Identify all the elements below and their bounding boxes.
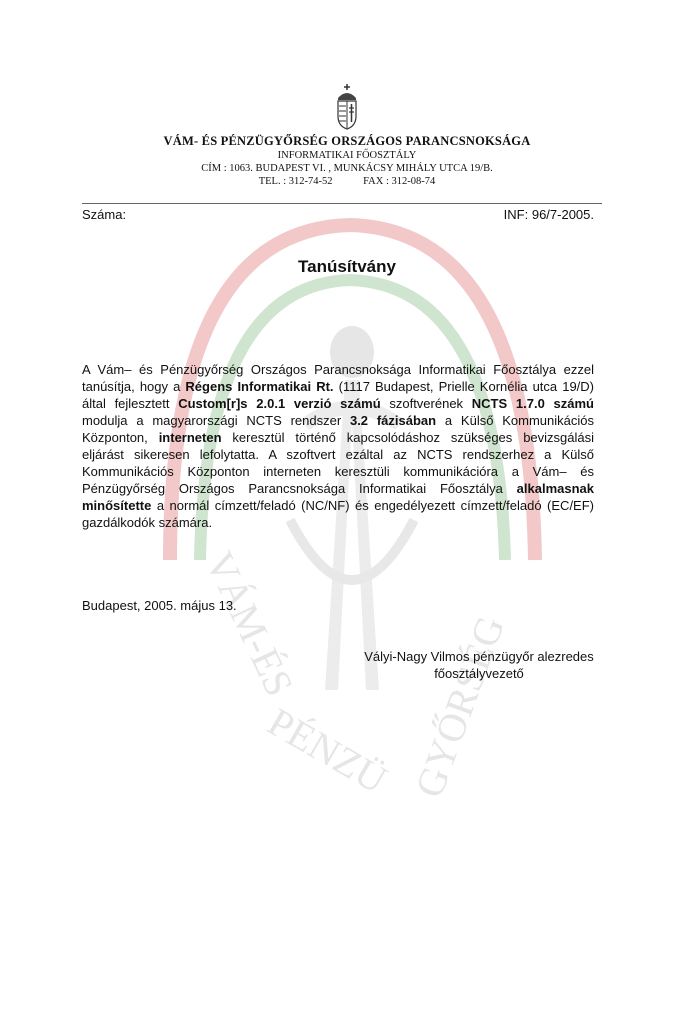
telephone: TEL. : 312-74-52 (259, 175, 333, 188)
body-text-run: szoftverének (381, 396, 472, 411)
document-title: Tanúsítvány (0, 257, 694, 277)
organization-name: VÁM- ÉS PÉNZÜGYŐRSÉG ORSZÁGOS PARANCSNOK… (0, 134, 694, 149)
certificate-body: A Vám– és Pénzügyőrség Országos Parancsn… (82, 361, 594, 531)
body-text-run: a normál címzett/feladó (NC/NF) és enged… (82, 498, 594, 530)
reference-label: Száma: (82, 207, 126, 222)
address-line: CÍM : 1063. BUDAPEST VI. , MUNKÁCSY MIHÁ… (0, 162, 694, 175)
signatory-name: Vályi-Nagy Vilmos pénzügyőr alezredes (346, 648, 612, 665)
issue-date: Budapest, 2005. május 13. (82, 598, 237, 613)
signatory-role: főosztályvezető (346, 665, 612, 682)
emphasized-text: NCTS 1.7.0 számú (472, 396, 594, 411)
emphasized-text: Régens Informatikai Rt. (185, 379, 333, 394)
letterhead: VÁM- ÉS PÉNZÜGYŐRSÉG ORSZÁGOS PARANCSNOK… (0, 84, 694, 188)
reference-row: Száma: INF: 96/7-2005. (82, 207, 594, 222)
reference-number: INF: 96/7-2005. (504, 207, 594, 222)
body-text-run: modulja a magyarországi NCTS rendszer (82, 413, 350, 428)
header-divider (82, 203, 602, 204)
emphasized-text: interneten (159, 430, 222, 445)
emphasized-text: Custom[r]s 2.0.1 verzió számú (178, 396, 380, 411)
department-name: INFORMATIKAI FŐOSZTÁLY (0, 149, 694, 162)
svg-text:VÁM-ÉS: VÁM-ÉS (197, 545, 303, 703)
fax: FAX : 312-08-74 (363, 175, 435, 188)
svg-text:GYŐRSÉG: GYŐRSÉG (406, 610, 513, 803)
emphasized-text: 3.2 fázisában (350, 413, 436, 428)
svg-text:PÉNZÜ: PÉNZÜ (261, 699, 395, 802)
hungarian-coat-of-arms-icon (335, 84, 359, 130)
signature-block: Vályi-Nagy Vilmos pénzügyőr alezredes fő… (346, 648, 612, 682)
contact-line: TEL. : 312-74-52 FAX : 312-08-74 (0, 175, 694, 188)
